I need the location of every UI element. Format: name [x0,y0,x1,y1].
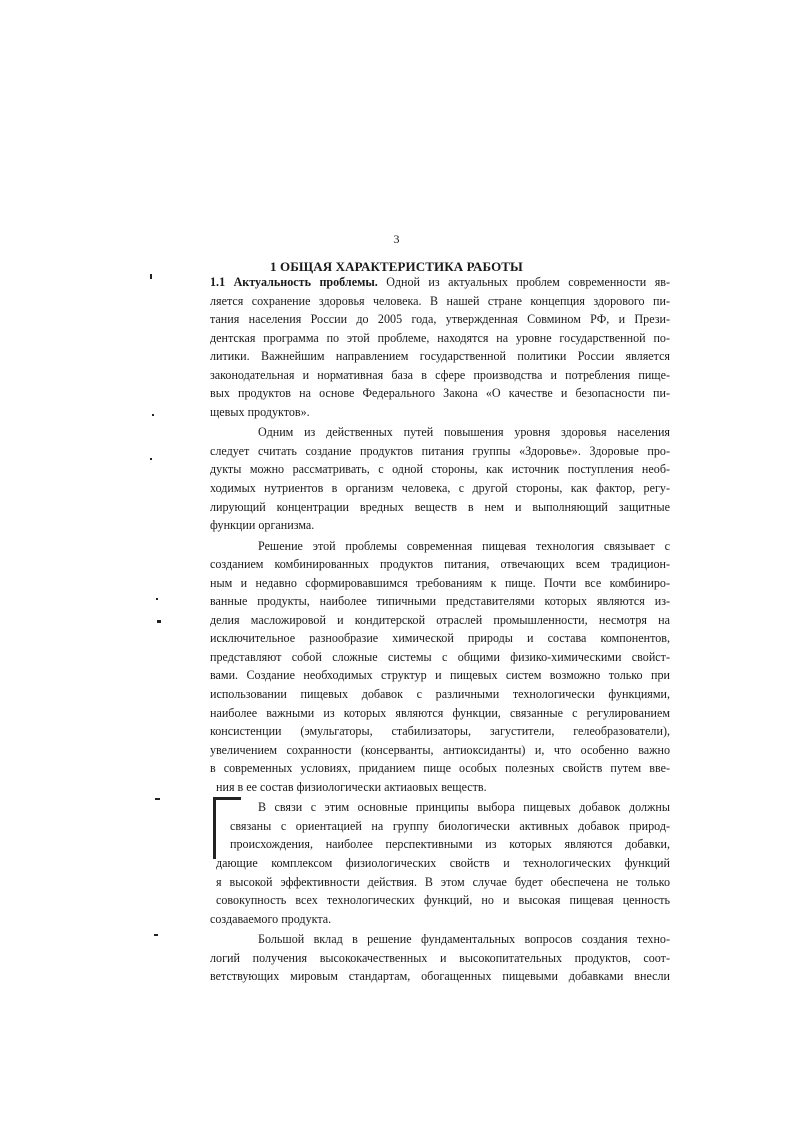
text-line: я высокой эффективности действия. В этом… [210,873,670,892]
text-line: созданием комбинированных продуктов пита… [210,555,670,574]
text-line: ния в ее состав физиологически актиаовых… [210,778,670,797]
body-text: 1.1 Актуальность проблемы. Одной из акту… [210,273,670,986]
text-line: законодательная и нормативная база в сфе… [210,366,670,385]
text-line: наиболее важными из которых являются фун… [210,704,670,723]
text-line: представляют собой сложные системы с общ… [210,648,670,667]
scan-bracket-mark [213,797,216,859]
text-line: В связи с этим основные принципы выбора … [210,798,670,817]
text-line: функции организма. [210,516,670,535]
text-line: Одним из действенных путей повышения уро… [210,423,670,442]
text-line: связаны с ориентацией на группу биологич… [210,817,670,836]
section-heading: 1.1 Актуальность проблемы. [210,275,378,289]
scan-speck [152,414,154,416]
text-line: лирующий концентрации вредных веществ в … [210,498,670,517]
text-line: ванные продукты, наиболее типичными пред… [210,592,670,611]
text-line: дентская программа по этой проблеме, нах… [210,329,670,348]
text-line: тания населения России до 2005 года, утв… [210,310,670,329]
text-line: совокупность всех технологических функци… [210,891,670,910]
text-line: вых продуктов на основе Федерального Зак… [210,384,670,403]
page-number: 3 [0,232,793,247]
text-line: ветствующих мировым стандартам, обогащен… [210,967,670,986]
scan-speck [156,598,158,600]
scan-speck [150,274,152,279]
scan-bracket-mark [213,797,241,800]
text-line: делия масложировой и кондитерской отрасл… [210,611,670,630]
text-line: использовании пищевых добавок с различны… [210,685,670,704]
scan-speck [150,458,152,460]
text-line: создаваемого продукта. [210,910,670,929]
text-line: Большой вклад в решение фундаментальных … [210,930,670,949]
text-line: вами. Создание необходимых структур и пи… [210,666,670,685]
text-line: в современных условиях, приданием пище о… [210,759,670,778]
text-line: Решение этой проблемы современная пищева… [210,537,670,556]
text-line: ходимых нутриентов в организм человека, … [210,479,670,498]
text-line: консистенции (эмульгаторы, стабилизаторы… [210,722,670,741]
text-line: 1.1 Актуальность проблемы. Одной из акту… [210,273,670,292]
text-line: логий получения высококачественных и выс… [210,949,670,968]
scan-speck [155,798,160,800]
text-line: ляется сохранение здоровья человека. В н… [210,292,670,311]
text-line: дающие комплексом физиологических свойст… [210,854,670,873]
text-line: исключительное разнообразие химической п… [210,629,670,648]
text-line: дукты можно рассматривать, с одной сторо… [210,460,670,479]
text-line: щевых продуктов». [210,403,670,422]
text-line: ным и недавно сформировавшимся требовани… [210,574,670,593]
text-line: увеличением сохранности (консерванты, ан… [210,741,670,760]
scan-speck [154,934,158,936]
scan-speck [157,620,161,623]
text-line: следует считать создание продуктов питан… [210,442,670,461]
text-line: литики. Важнейшим направлением государст… [210,347,670,366]
text-line: происхождения, наиболее перспективными и… [210,835,670,854]
